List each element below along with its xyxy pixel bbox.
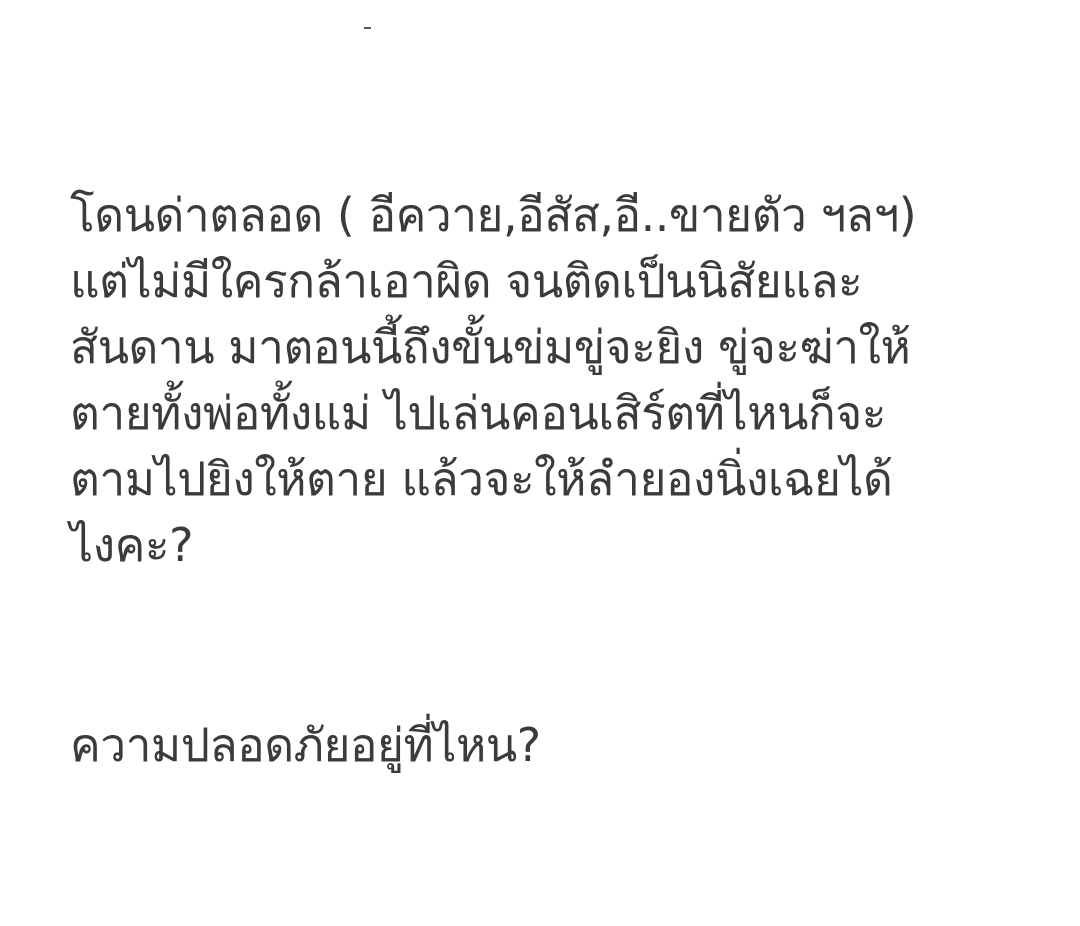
stray-dash-mark bbox=[364, 27, 371, 29]
paragraph-line: โดนด่าตลอด ( อีควาย,อีสัส,อี..ขายตัว ฯลฯ… bbox=[70, 182, 1030, 248]
closing-question: ความปลอดภัยอยู่ที่ไหน? bbox=[70, 712, 541, 778]
paragraph-line: สันดาน มาตอนนี้ถึงขั้นข่มขู่จะยิง ขู่จะฆ… bbox=[70, 314, 1030, 380]
paragraph-line: ไงคะ? bbox=[70, 512, 1030, 578]
post-paragraph: โดนด่าตลอด ( อีควาย,อีสัส,อี..ขายตัว ฯลฯ… bbox=[70, 182, 1030, 578]
paragraph-line: ตามไปยิงให้ตาย แล้วจะให้ลำยองนิ่งเฉยได้ bbox=[70, 446, 1030, 512]
paragraph-line: ตายทั้งพ่อทั้งแม่ ไปเล่นคอนเสิร์ตที่ไหนก… bbox=[70, 380, 1030, 446]
paragraph-line: แต่ไม่มีใครกล้าเอาผิด จนติดเป็นนิสัยและ bbox=[70, 248, 1030, 314]
